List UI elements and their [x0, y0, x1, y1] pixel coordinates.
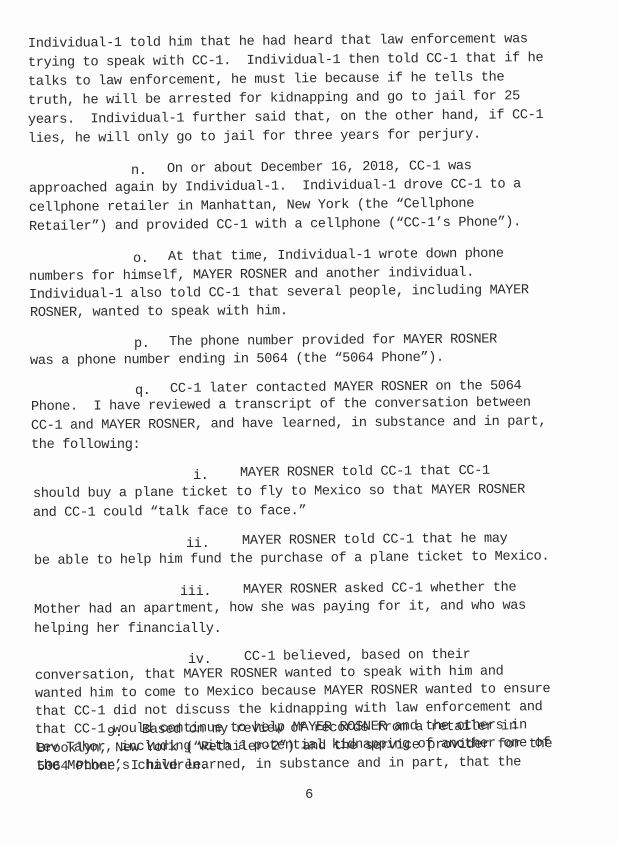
- text-line: talks to law enforcement, he must lie be…: [28, 70, 504, 91]
- page-number: 6: [0, 788, 618, 803]
- document-page: Individual-1 told him that he had heard …: [0, 0, 618, 846]
- subparagraph-marker: i.: [193, 469, 209, 485]
- text-line: approached again by Individual-1. Indivi…: [29, 177, 521, 198]
- text-line: Mother had an apartment, how she was pay…: [34, 599, 526, 619]
- text-line: trying to speak with CC-1. Individual-1 …: [28, 51, 543, 72]
- text-line: MAYER ROSNER told CC-1 that CC-1: [240, 464, 490, 482]
- text-line: cellphone retailer in Manhattan, New Yor…: [29, 197, 474, 217]
- text-line: and CC-1 could “talk face to face.”: [33, 504, 306, 522]
- text-line: MAYER ROSNER told CC-1 that he may: [242, 532, 508, 550]
- text-line: The phone number provided for MAYER ROSN…: [169, 332, 497, 351]
- text-line: should buy a plane ticket to fly to Mexi…: [33, 483, 525, 503]
- text-line: the following:: [31, 438, 140, 454]
- text-line: conversation, that MAYER ROSNER wanted t…: [35, 665, 504, 685]
- subparagraph-marker: iii.: [180, 585, 211, 601]
- text-line: numbers for himself, MAYER ROSNER and an…: [29, 266, 474, 286]
- paragraph-marker: 9.: [107, 726, 123, 742]
- text-line: be able to help him fund the purchase of…: [34, 550, 549, 570]
- paragraph-marker: n.: [131, 164, 147, 180]
- text-line: MAYER ROSNER asked CC-1 whether the: [243, 581, 516, 599]
- text-line: lies, he will only go to jail for three …: [28, 128, 481, 148]
- paragraph-marker: p.: [134, 337, 150, 353]
- text-line: was a phone number ending in 5064 (the “…: [30, 351, 444, 370]
- text-line: 5064 Phone, I have learned, in substance…: [37, 755, 521, 776]
- text-line: ROSNER, wanted to speak with him.: [30, 304, 288, 322]
- text-line: CC-1 later contacted MAYER ROSNER on the…: [170, 379, 521, 398]
- paragraph-marker: o.: [133, 252, 149, 268]
- text-line: Phone. I have reviewed a transcript of t…: [31, 396, 531, 416]
- text-line: CC-1 believed, based on their: [244, 648, 471, 666]
- text-line: years. Individual-1 further said that, o…: [28, 108, 543, 129]
- subparagraph-marker: ii.: [186, 537, 209, 553]
- text-line: At that time, Individual-1 wrote down ph…: [168, 247, 504, 266]
- paragraph-marker: q.: [135, 384, 151, 400]
- text-line: On or about December 16, 2018, CC-1 was: [167, 159, 472, 178]
- text-line: CC-1 and MAYER ROSNER, and have learned,…: [31, 415, 546, 435]
- text-line: helping her financially.: [34, 622, 221, 638]
- text-line: Individual-1 told him that he had heard …: [28, 32, 528, 53]
- text-line: truth, he will be arrested for kidnappin…: [28, 89, 520, 110]
- text-line: Individual-1 also told CC-1 that several…: [29, 283, 529, 304]
- text-line: Retailer”) and provided CC-1 with a cell…: [29, 215, 521, 236]
